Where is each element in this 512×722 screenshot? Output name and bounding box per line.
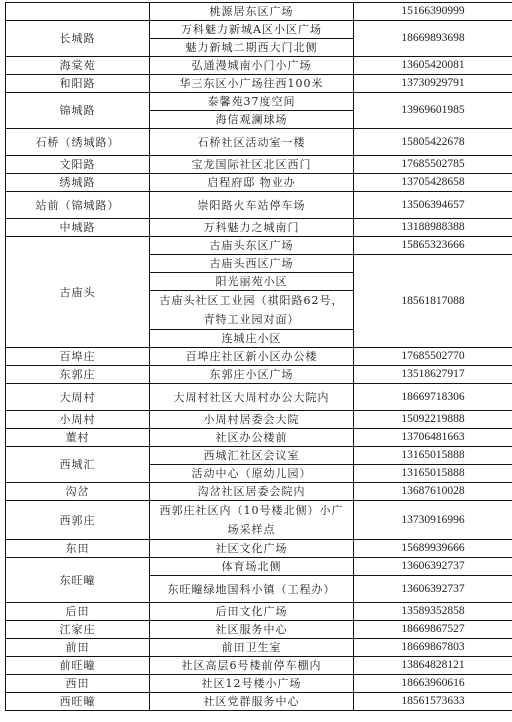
- site-cell: 后田文化广场: [150, 603, 354, 621]
- site-cell: 西城汇社区会议室: [150, 447, 354, 465]
- phone-cell: 15092219888: [354, 411, 512, 429]
- phone-cell: 13518627917: [354, 366, 512, 384]
- phone-cell: 17685502770: [354, 348, 512, 366]
- phone-cell: 13605420081: [354, 57, 512, 75]
- phone-cell: 15689939666: [354, 540, 512, 558]
- site-cell: 社区高层6号楼前停车棚内: [150, 657, 354, 675]
- area-cell: 东旺疃: [6, 558, 150, 603]
- phone-cell: 15805422678: [354, 129, 512, 156]
- phone-cell: 13705428658: [354, 174, 512, 192]
- site-cell: 万科魅力之城南门: [150, 219, 354, 237]
- table-row: 东郭庄 东郭庄小区广场 13518627917: [6, 366, 512, 384]
- area-cell: 前旺疃: [6, 657, 150, 675]
- area-cell: 锦城路: [6, 93, 150, 129]
- table-row: 大周村 大周村社区大周村办公大院内 18669718306: [6, 384, 512, 411]
- phone-cell: 13589352858: [354, 603, 512, 621]
- sampling-sites-table: 桃源居东区广场 15166390999 长城路 万科魅力新城A区小区广场 186…: [5, 2, 512, 711]
- area-cell: 前田: [6, 639, 150, 657]
- area-cell: 江家庄: [6, 621, 150, 639]
- phone-cell: 18669718306: [354, 384, 512, 411]
- phone-cell: 17685502785: [354, 156, 512, 174]
- site-cell: 古庙头东区广场: [150, 237, 354, 255]
- table-row: 古庙头 古庙头东区广场 15865323666: [6, 237, 512, 255]
- site-cell: 西郭庄社区内（10号楼北侧）小广场采样点: [150, 501, 354, 540]
- phone-cell: 18561573633: [354, 693, 512, 711]
- phone-cell: 13606392737: [354, 558, 512, 576]
- phone-cell: 13730929791: [354, 75, 512, 93]
- table-row: 前田 前田卫生室 18669867803: [6, 639, 512, 657]
- site-cell: 前田卫生室: [150, 639, 354, 657]
- phone-cell: 18669867803: [354, 639, 512, 657]
- table-row: 锦城路 泰馨苑37度空间 13969601985: [6, 93, 512, 111]
- area-cell: 长城路: [6, 21, 150, 57]
- site-cell: 百埠庄社区新小区办公楼: [150, 348, 354, 366]
- table-row: 绣城路 启程府邸 物业办 13705428658: [6, 174, 512, 192]
- site-cell: 小周村居委会大院: [150, 411, 354, 429]
- phone-cell: 13969601985: [354, 93, 512, 129]
- table-row: 沟岔 沟岔社区居委会院内 13687610028: [6, 483, 512, 501]
- table-row: 文阳路 宝龙国际社区北区西门 17685502785: [6, 156, 512, 174]
- area-cell: 大周村: [6, 384, 150, 411]
- site-cell: 社区办公楼前: [150, 429, 354, 447]
- area-cell: 西郭庄: [6, 501, 150, 540]
- area-cell: 文阳路: [6, 156, 150, 174]
- phone-cell: 13188988388: [354, 219, 512, 237]
- table-row: 江家庄 社区服务中心 18669867527: [6, 621, 512, 639]
- site-cell: 古庙头社区工业园（祺阳路62号，青特工业园对面）: [150, 291, 354, 330]
- area-cell: 东郭庄: [6, 366, 150, 384]
- table-row: 东旺疃 体育场北侧 13606392737: [6, 558, 512, 576]
- area-cell: 中城路: [6, 219, 150, 237]
- table-row: 西郭庄 西郭庄社区内（10号楼北侧）小广场采样点 13730916996: [6, 501, 512, 540]
- site-cell: 社区12号楼小广场: [150, 675, 354, 693]
- phone-cell: 15166390999: [354, 3, 512, 21]
- site-cell: 连城庄小区: [150, 330, 354, 348]
- site-cell: 社区文化广场: [150, 540, 354, 558]
- site-cell: 体育场北侧: [150, 558, 354, 576]
- site-cell: 东旺疃绿地国科小镇（工程办）: [150, 576, 354, 603]
- table-row: 西旺疃 社区党群服务中心 18561573633: [6, 693, 512, 711]
- area-cell: [6, 3, 150, 21]
- site-cell: 宝龙国际社区北区西门: [150, 156, 354, 174]
- table-row: 中城路 万科魅力之城南门 13188988388: [6, 219, 512, 237]
- table-row: 西田 社区12号楼小广场 18663960616: [6, 675, 512, 693]
- site-cell: 沟岔社区居委会院内: [150, 483, 354, 501]
- area-cell: 石桥（绣城路）: [6, 129, 150, 156]
- area-cell: 绣城路: [6, 174, 150, 192]
- area-cell: 西城汇: [6, 447, 150, 483]
- phone-cell: 13506394657: [354, 192, 512, 219]
- phone-cell: 18669893698: [354, 21, 512, 57]
- site-cell: 华三东区小广场往西100米: [150, 75, 354, 93]
- table-row: 海棠苑 弘通漫城南小门小广场 13605420081: [6, 57, 512, 75]
- table-row: 前旺疃 社区高层6号楼前停车棚内 13864828121: [6, 657, 512, 675]
- site-cell: 石桥社区活动室一楼: [150, 129, 354, 156]
- table-row: 桃源居东区广场 15166390999: [6, 3, 512, 21]
- area-cell: 小周村: [6, 411, 150, 429]
- phone-cell: 13606392737: [354, 576, 512, 603]
- phone-cell: 13165015888: [354, 447, 512, 465]
- table-row: 站前（锦城路） 崇阳路火车站停车场 13506394657: [6, 192, 512, 219]
- area-cell: 百埠庄: [6, 348, 150, 366]
- table-row: 石桥（绣城路） 石桥社区活动室一楼 15805422678: [6, 129, 512, 156]
- phone-cell: 13165015888: [354, 465, 512, 483]
- phone-cell: 18663960616: [354, 675, 512, 693]
- site-cell: 阳光丽苑小区: [150, 273, 354, 291]
- phone-cell: 13687610028: [354, 483, 512, 501]
- site-cell: 启程府邸 物业办: [150, 174, 354, 192]
- area-cell: 西田: [6, 675, 150, 693]
- area-cell: 董村: [6, 429, 150, 447]
- phone-cell: 18561817088: [354, 255, 512, 348]
- table-row: 东田 社区文化广场 15689939666: [6, 540, 512, 558]
- area-cell: 西旺疃: [6, 693, 150, 711]
- table-row: 和阳路 华三东区小广场往西100米 13730929791: [6, 75, 512, 93]
- site-cell: 社区服务中心: [150, 621, 354, 639]
- phone-cell: 13706481663: [354, 429, 512, 447]
- site-cell: 魅力新城二期西大门北侧: [150, 39, 354, 57]
- area-cell: 后田: [6, 603, 150, 621]
- table-row: 西城汇 西城汇社区会议室 13165015888: [6, 447, 512, 465]
- site-cell: 大周村社区大周村办公大院内: [150, 384, 354, 411]
- site-cell: 社区党群服务中心: [150, 693, 354, 711]
- area-cell: 沟岔: [6, 483, 150, 501]
- site-cell: 东郭庄小区广场: [150, 366, 354, 384]
- area-cell: 东田: [6, 540, 150, 558]
- table-row: 小周村 小周村居委会大院 15092219888: [6, 411, 512, 429]
- site-cell: 海信观澜球场: [150, 111, 354, 129]
- phone-cell: 13864828121: [354, 657, 512, 675]
- area-cell: 古庙头: [6, 237, 150, 348]
- area-cell: 站前（锦城路）: [6, 192, 150, 219]
- phone-cell: 18669867527: [354, 621, 512, 639]
- table-row: 董村 社区办公楼前 13706481663: [6, 429, 512, 447]
- site-cell: 崇阳路火车站停车场: [150, 192, 354, 219]
- table-row: 百埠庄 百埠庄社区新小区办公楼 17685502770: [6, 348, 512, 366]
- phone-cell: 13730916996: [354, 501, 512, 540]
- table-row: 长城路 万科魅力新城A区小区广场 18669893698: [6, 21, 512, 39]
- area-cell: 海棠苑: [6, 57, 150, 75]
- phone-cell: 15865323666: [354, 237, 512, 255]
- site-cell: 古庙头西区广场: [150, 255, 354, 273]
- site-cell: 桃源居东区广场: [150, 3, 354, 21]
- site-cell: 活动中心（原幼儿园）: [150, 465, 354, 483]
- table-row: 后田 后田文化广场 13589352858: [6, 603, 512, 621]
- site-cell: 弘通漫城南小门小广场: [150, 57, 354, 75]
- site-cell: 万科魅力新城A区小区广场: [150, 21, 354, 39]
- site-cell: 泰馨苑37度空间: [150, 93, 354, 111]
- area-cell: 和阳路: [6, 75, 150, 93]
